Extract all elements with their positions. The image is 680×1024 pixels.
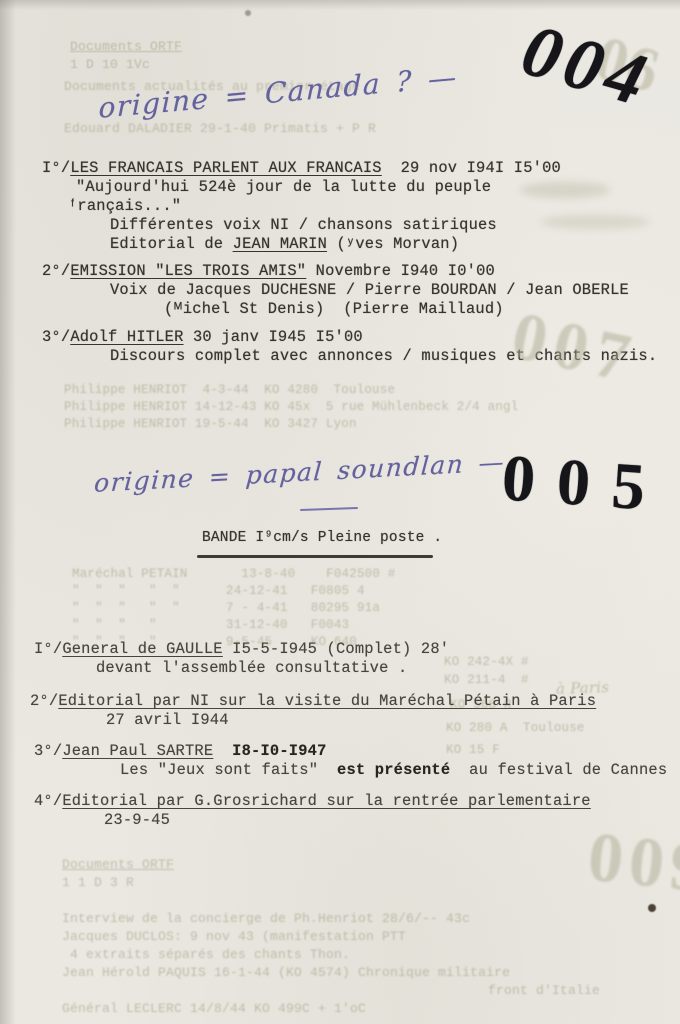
entry-4-title: General de GAULLE xyxy=(62,640,222,658)
bleedthrough-line: Maréchal PETAIN 13-8-40 F042500 # xyxy=(72,566,395,583)
entry-1-quote-line1: "Aujourd'hui 524è jour de la lutte du pe… xyxy=(76,178,491,197)
ghost-stamp-009: 009 xyxy=(584,818,680,910)
entry-2-aliases: (ᴹichel St Denis) (Pierre Maillaud) xyxy=(164,300,504,319)
entry-1-description: Différentes voix NI / chansons satirique… xyxy=(110,216,497,235)
scan-edge-shadow-top xyxy=(0,0,680,10)
bleedthrough-line: " " " " " 7 - 4-41 80295 91a xyxy=(72,600,380,617)
entry-1-quote-line2: ᶠrançais..." xyxy=(68,197,181,216)
bleedthrough-line: Général LECLERC 14/8/44 KO 499C + 1'oC xyxy=(62,1000,366,1017)
bleedthrough-line: Documents ORTF xyxy=(62,856,174,873)
bleedthrough-line: Jacques DUCLOS: 9 nov 43 (manifestation … xyxy=(62,928,406,945)
entry-6-emphasis: est présenté xyxy=(337,761,450,779)
entry-1-title: LES FRANCAIS PARLENT AUX FRANCAIS xyxy=(70,159,381,177)
entry-5-heading: 2°/Editorial par NI sur la visite du Mar… xyxy=(30,692,596,711)
entry-1-date-duration: 29 nov I94I I5'00 xyxy=(382,159,561,177)
bleedthrough-line: Interview de la concierge de Ph.Henriot … xyxy=(62,910,470,927)
ghost-stamp-007: 007 xyxy=(505,296,645,399)
bleedthrough-smudge xyxy=(520,182,610,198)
paper-speck-top xyxy=(245,10,251,16)
entry-2-voices: Voix de Jacques DUCHESNE / Pierre BOURDA… xyxy=(110,281,629,300)
entry-4-description: devant l'assemblée consultative . xyxy=(96,659,407,678)
entry-5-number: 2°/ xyxy=(30,692,58,710)
bleedthrough-line: Philippe HENRIOT 19-5-44 KO 3427 Lyon xyxy=(64,416,357,433)
entry-5-title: Editorial par NI sur la visite du Maréch… xyxy=(58,692,596,710)
bleedthrough-line: 1 1 D 3 R xyxy=(62,874,134,891)
bleedthrough-line: 4 extraits séparés des chants Thon. xyxy=(70,946,350,963)
entry-7-title: Editorial par G.Grosrichard sur la rentr… xyxy=(62,792,590,810)
entry-6-description-rest: au festival de Cannes xyxy=(450,761,667,779)
scanned-archive-page: Documents ORTF 1 D 10 1Vc Documents actu… xyxy=(0,0,680,1024)
entry-6-film-title: Les "Jeux sont faits" xyxy=(120,761,337,779)
entry-3-number: 3°/ xyxy=(42,328,70,346)
entry-6-description: Les "Jeux sont faits" est présenté au fe… xyxy=(120,761,667,780)
entry-4-date-duration: I5-5-I945 (Complet) 28' xyxy=(223,640,449,658)
editorial-author-alias: (ʸves Morvan) xyxy=(327,235,459,253)
entry-7-date: 23-9-45 xyxy=(104,811,170,830)
bleedthrough-line: front d'Italie xyxy=(488,982,600,999)
bleedthrough-line: 1 D 10 1Vc xyxy=(70,56,150,73)
entry-4-number: I°/ xyxy=(34,640,62,658)
entry-2-heading: 2°/EMISSION "LES TROIS AMIS" Novembre I9… xyxy=(42,262,495,281)
entry-5-date: 27 avril I944 xyxy=(106,711,229,730)
handwritten-underline xyxy=(300,507,358,511)
handwritten-annotation-origine-canada: origine = Canada ? — xyxy=(98,60,457,125)
tape-note-rule xyxy=(197,555,433,558)
bleedthrough-line: " " " " 31-12-40 F0043 xyxy=(72,617,349,634)
tape-format-note: BANDE I⁹cm/s Pleine poste . xyxy=(202,529,442,548)
bleedthrough-line: Philippe HENRIOT 4-3-44 KO 4280 Toulouse xyxy=(64,382,395,399)
bleedthrough-line: KO 242-4X # xyxy=(444,654,529,671)
entry-3-title: Adolf HITLER xyxy=(70,328,183,346)
entry-2-title: EMISSION "LES TROIS AMIS" xyxy=(70,262,306,280)
entry-6-heading: 3°/Jean Paul SARTRE I8-I0-I947 xyxy=(34,742,327,761)
entry-3-date-duration: 30 janv I945 I5'00 xyxy=(184,328,363,346)
entry-7-heading: 4°/Editorial par G.Grosrichard sur la re… xyxy=(34,792,591,811)
page-number-stamp-004: 004 xyxy=(513,8,660,125)
page-number-stamp-005: 005 xyxy=(500,440,670,527)
entry-6-date: I8-I0-I947 xyxy=(213,742,326,760)
entry-6-title: Jean Paul SARTRE xyxy=(62,742,213,760)
entry-1-heading: I°/LES FRANCAIS PARLENT AUX FRANCAIS 29 … xyxy=(42,159,561,178)
bleedthrough-line: " " " " " 24-12-41 F0805 4 xyxy=(72,583,365,600)
bleedthrough-line: KO 15 F xyxy=(446,742,500,759)
editorial-label: Editorial de xyxy=(110,235,233,253)
entry-6-number: 3°/ xyxy=(34,742,62,760)
bleedthrough-line: Philippe HENRIOT 14-12-43 KO 45x 5 rue M… xyxy=(64,399,518,416)
bleedthrough-line: KO 280 A Toulouse xyxy=(446,720,585,737)
handwritten-annotation-origine-papal: origine = papal soundlan — xyxy=(93,447,506,498)
bleedthrough-line: KO 211-4 # xyxy=(444,672,529,689)
bleedthrough-line: Documents ORTF xyxy=(70,38,182,55)
entry-7-number: 4°/ xyxy=(34,792,62,810)
entry-1-editorial-line: Editorial de JEAN MARIN (ʸves Morvan) xyxy=(110,235,459,254)
entry-2-date-duration: Novembre I940 I0'00 xyxy=(306,262,495,280)
entry-4-heading: I°/General de GAULLE I5-5-I945 (Complet)… xyxy=(34,640,449,659)
editorial-author: JEAN MARIN xyxy=(233,235,327,253)
entry-3-heading: 3°/Adolf HITLER 30 janv I945 I5'00 xyxy=(42,328,363,347)
bleedthrough-line: Jean Hérold PAQUIS 16-1-44 (KO 4574) Chr… xyxy=(62,964,510,981)
bleedthrough-smudge xyxy=(540,215,650,229)
entry-1-number: I°/ xyxy=(42,159,70,177)
ink-dot-bottom-right xyxy=(648,904,656,912)
entry-2-number: 2°/ xyxy=(42,262,70,280)
scan-edge-shadow-left xyxy=(0,0,16,1024)
